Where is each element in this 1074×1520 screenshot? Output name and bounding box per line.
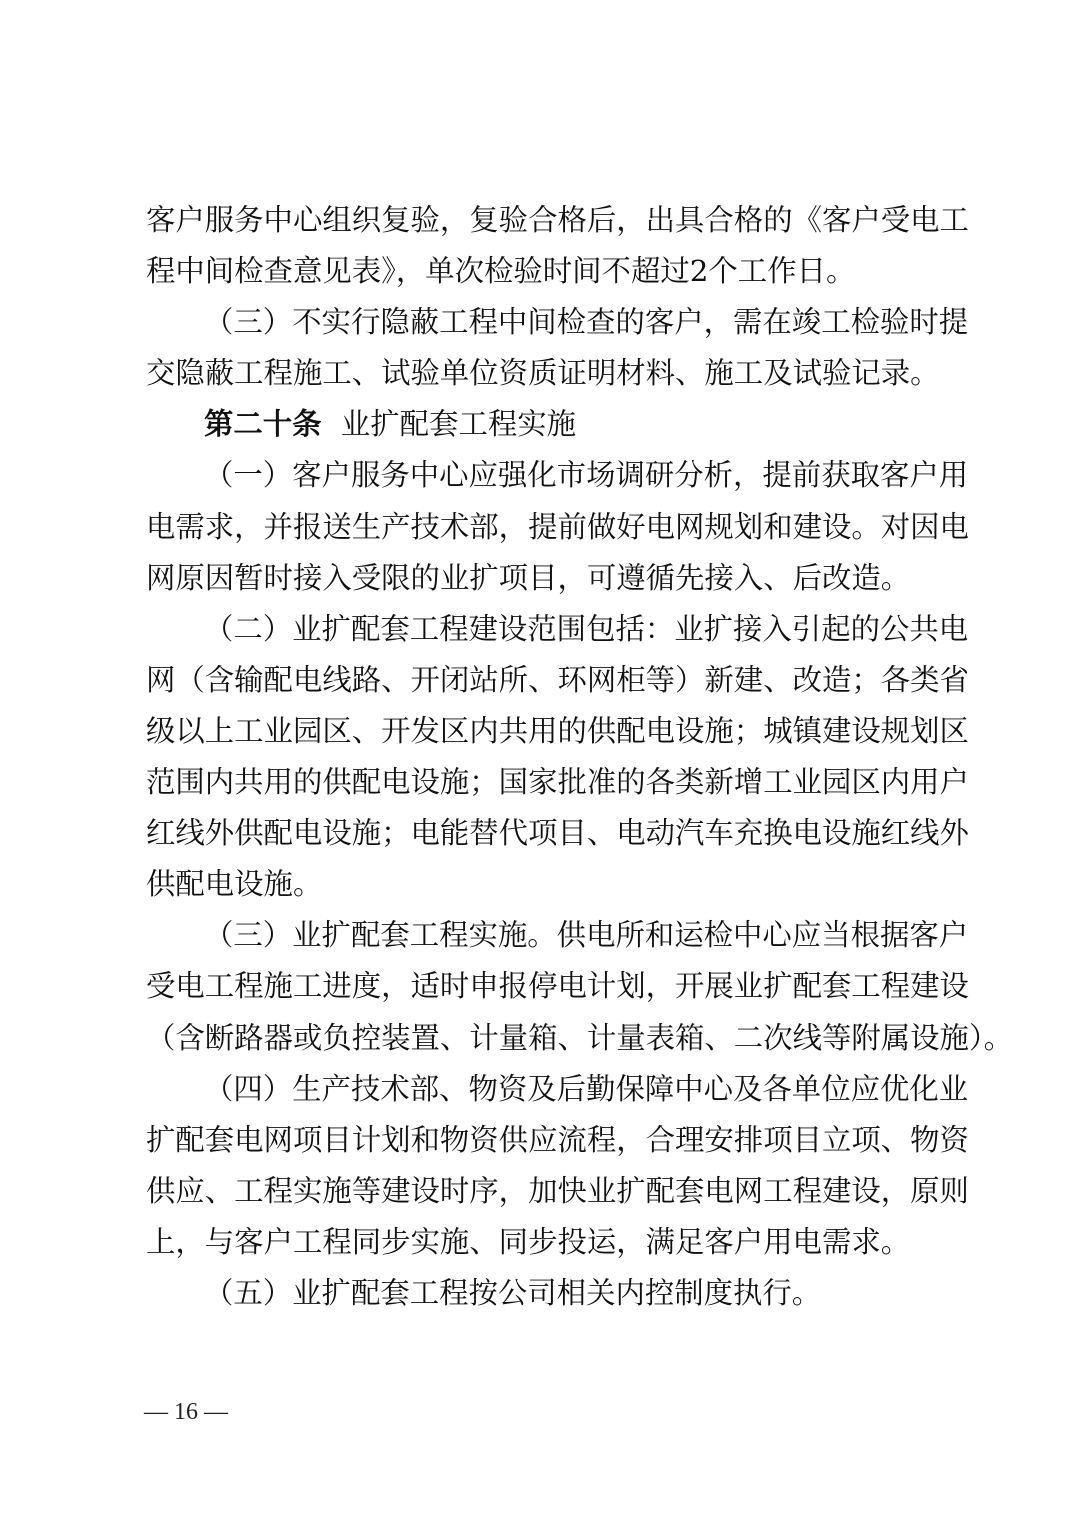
document-page: 客户服务中心组织复验，复验合格后，出具合格的《客户受电工 程中间检查意见表》，单…: [0, 0, 1074, 1520]
article-heading: 第二十条 业扩配套工程实施: [146, 399, 942, 450]
paragraph-line: 供应、工程实施等建设时序，加快业扩配套电网工程建设，原则: [146, 1166, 942, 1217]
paragraph-line: 扩配套电网项目计划和物资供应流程，合理安排项目立项、物资: [146, 1115, 942, 1166]
paragraph-line: 网（含输配电线路、开闭站所、环网柜等）新建、改造；各类省: [146, 655, 942, 706]
article-number: 第二十条: [204, 407, 322, 441]
paragraph-line: 受电工程施工进度，适时申报停电计划，开展业扩配套工程建设: [146, 961, 942, 1012]
paragraph-line: 红线外供配电设施；电能替代项目、电动汽车充换电设施红线外: [146, 808, 942, 859]
paragraph-line: （含断路器或负控装置、计量箱、计量表箱、二次线等附属设施）。: [146, 1013, 942, 1064]
paragraph-line: （五）业扩配套工程按公司相关内控制度执行。: [146, 1268, 942, 1319]
paragraph-line: 级以上工业园区、开发区内共用的供配电设施；城镇建设规划区: [146, 706, 942, 757]
paragraph-line: （一）客户服务中心应强化市场调研分析，提前获取客户用: [146, 450, 942, 501]
paragraph-line: 交隐蔽工程施工、试验单位资质证明材料、施工及试验记录。: [146, 348, 942, 399]
paragraph-line: （三）业扩配套工程实施。供电所和运检中心应当根据客户: [146, 910, 942, 961]
paragraph-line: 范围内共用的供配电设施；国家批准的各类新增工业园区内用户: [146, 757, 942, 808]
paragraph-line: 上，与客户工程同步实施、同步投运，满足客户用电需求。: [146, 1217, 942, 1268]
paragraph-line: 供配电设施。: [146, 859, 942, 910]
paragraph-line: （三）不实行隐蔽工程中间检查的客户，需在竣工检验时提: [146, 297, 942, 348]
document-body: 客户服务中心组织复验，复验合格后，出具合格的《客户受电工 程中间检查意见表》，单…: [146, 195, 942, 1319]
paragraph-line: 网原因暂时接入受限的业扩项目，可遵循先接入、后改造。: [146, 553, 942, 604]
paragraph-line: （四）生产技术部、物资及后勤保障中心及各单位应优化业: [146, 1064, 942, 1115]
paragraph-line: 客户服务中心组织复验，复验合格后，出具合格的《客户受电工: [146, 195, 942, 246]
page-number: — 16 —: [144, 1392, 228, 1432]
paragraph-line: 电需求，并报送生产技术部，提前做好电网规划和建设。对因电: [146, 502, 942, 553]
paragraph-line: 程中间检查意见表》，单次检验时间不超过2个工作日。: [146, 246, 942, 297]
article-title: 业扩配套工程实施: [341, 407, 576, 441]
paragraph-line: （二）业扩配套工程建设范围包括：业扩接入引起的公共电: [146, 604, 942, 655]
